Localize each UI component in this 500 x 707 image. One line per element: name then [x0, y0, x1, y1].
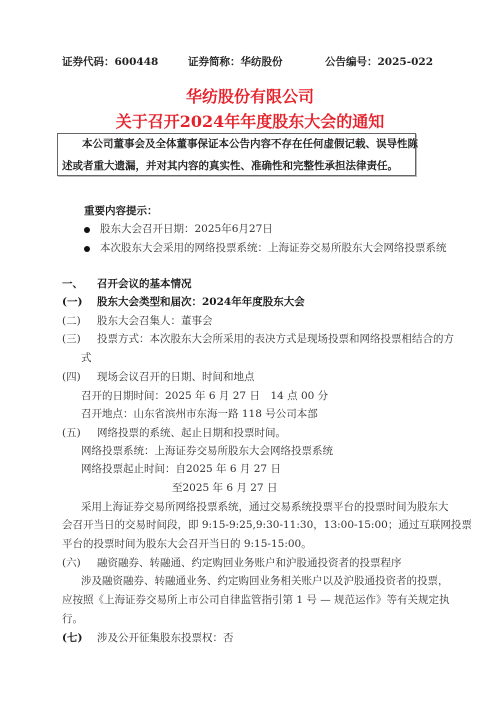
bullet-icon — [84, 246, 90, 252]
online-period-to: 至2025 年 6 月 27 日 — [172, 480, 277, 495]
item-number: (四) — [62, 369, 81, 384]
stock-code: 证券代码：600448 — [62, 54, 158, 69]
margin-desc: 涉及融资融券、转融通业务、约定购回业务相关账户以及沪股通投资者的投票， — [81, 573, 449, 588]
notice-title: 关于召开2024年年度股东大会的通知 — [0, 109, 500, 132]
online-period-from: 网络投票起止时间：自2025 年 6 月 27 日 — [81, 461, 281, 476]
item-text-continued: 式 — [81, 350, 92, 365]
item-number: (一) — [62, 294, 82, 309]
highlight-item: 股东大会召开日期：2025年6月27日 — [100, 221, 273, 236]
item-number: (六) — [62, 555, 81, 570]
item-text: 股东大会召集人：董事会 — [97, 313, 213, 328]
item-number: (七) — [62, 630, 82, 645]
online-desc: 会召开当日的交易时间段，即 9:15-9:25,9:30-11:30，13:00… — [62, 517, 472, 532]
section-number: 一、 — [62, 276, 83, 291]
meeting-location: 召开地点：山东省滨州市东海一路 118 号公司本部 — [81, 406, 318, 421]
margin-desc: 行。 — [62, 611, 83, 626]
item-text: 股东大会类型和届次：2024年年度股东大会 — [97, 294, 305, 309]
item-text: 投票方式：本次股东大会所采用的表决方式是现场投票和网络投票相结合的方 — [97, 331, 454, 346]
company-title: 华纺股份有限公司 — [0, 84, 500, 107]
disclaimer-line-1: 本公司董事会及全体董事保证本公告内容不存在任何虚假记载、误导性陈 — [82, 136, 418, 151]
item-text: 涉及公开征集股东投票权：否 — [97, 630, 234, 645]
meeting-datetime: 召开的日期时间：2025 年 6 月 27 日 14 点 00 分 — [81, 388, 328, 403]
item-number: (五) — [62, 425, 81, 440]
online-system: 网络投票系统：上海证券交易所股东大会网络投票系统 — [81, 443, 333, 458]
highlight-item: 本次股东大会采用的网络投票系统：上海证券交易所股东大会网络投票系统 — [100, 240, 447, 255]
bullet-icon — [84, 227, 90, 233]
stock-name: 证券简称：华纺股份 — [188, 54, 283, 69]
online-desc: 平台的投票时间为股东大会召开当日的 9:15-15:00。 — [62, 536, 312, 551]
notice-number: 公告编号：2025-022 — [325, 54, 433, 69]
item-number: (三) — [62, 331, 81, 346]
section-title: 召开会议的基本情况 — [97, 276, 192, 291]
disclaimer-line-2: 述或者重大遗漏，并对其内容的真实性、准确性和完整性承担法律责任。 — [62, 158, 398, 173]
item-text: 网络投票的系统、起止日期和投票时间。 — [97, 425, 286, 440]
item-text: 现场会议召开的日期、时间和地点 — [97, 369, 255, 384]
online-desc: 采用上海证券交易所网络投票系统，通过交易系统投票平台的投票时间为股东大 — [81, 499, 449, 514]
item-number: (二) — [62, 313, 81, 328]
margin-desc: 应按照《上海证券交易所上市公司自律监管指引第 1 号 — 规范运作》等有关规定执 — [62, 592, 450, 607]
disclaimer-box: 本公司董事会及全体董事保证本公告内容不存在任何虚假记载、误导性陈 述或者重大遗漏… — [57, 133, 416, 176]
highlights-heading: 重要内容提示： — [84, 203, 158, 218]
item-text: 融资融券、转融通、约定购回业务账户和沪股通投资者的投票程序 — [97, 555, 402, 570]
